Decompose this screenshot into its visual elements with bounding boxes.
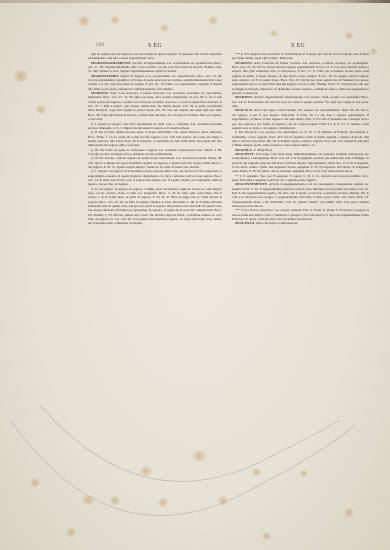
right-column: *** §. VII. Segreta d'un borbottio. T. d… [232,52,369,226]
running-head-right: S EG [291,43,305,49]
entry: SEGUENZA. Quel che segue, Continuazione. [232,221,369,225]
entry: SEGUACE. Add. Che segue. Chiara Reims. L… [232,108,369,130]
entry: ** §. Il seguente. Sust. per Il seguente… [232,174,369,183]
foxing-spot [30,478,40,487]
entry: *** §. VII. Segreta d'un borbottio. T. d… [232,52,369,61]
entry: SEGRETISSIMO. Superl. di Segreto. Lat. s… [88,74,222,91]
entry: SEGRETO. Avverb. Segretamente. Segretame… [232,95,369,108]
foxing-spot [158,498,168,507]
entry: §. I. Tenere il segreto, vale Non manife… [88,122,222,131]
foxing-spot [300,470,308,477]
entry: SEGRETO. Sust. Cosa nascosta, e tenuta n… [88,91,222,121]
foxing-spot [270,30,278,37]
foxing-spot [78,16,90,26]
entry: §. VI. Al segreto. In segreto. In segret… [88,187,222,226]
foxing-spot [160,24,169,32]
page-top-edge [0,0,390,3]
entry: §. V. Segreto vel segreto di notte Metic… [88,169,222,186]
foxing-spot [344,508,354,517]
entry: §. II. Per la Parte intima del suo santo… [88,130,222,147]
entry: §. III. Per Cella, ne quale si confessan… [88,148,222,157]
scanned-page: 200 S EG S EG egli in cagione del suo in… [0,0,390,550]
foxing-spot [345,32,353,39]
foxing-spot [14,70,28,82]
foxing-spot [140,466,152,476]
entry: §. IV. Per Arcano, o Modo segreto da poc… [88,156,222,169]
page-number: 200 [96,43,104,48]
running-head-left: S EG [148,43,162,49]
foxing-spot [66,528,76,537]
entry: SEGUENTEMENTE. Avverb. Conseguentemente.… [232,182,369,208]
entry: SEGUENTE. Che segue. Che viene dopo. Imm… [232,152,369,174]
foxing-spot [370,48,377,55]
foxing-spot [252,468,261,476]
foxing-spot [82,495,94,505]
entry: SEGRETO. Add. Contrario di Palese, Occul… [232,61,369,96]
foxing-spot [218,496,228,505]
entry: *** §. Per Poscia, Appresso. Lat. postea… [232,208,369,221]
foxing-spot [110,16,120,24]
foxing-spot [208,16,218,25]
left-column: egli in cagione del suo ingresso, nel su… [88,52,222,226]
foxing-spot [36,105,46,114]
entry: §. Per discepolo. Lat. sectator, Gr. ako… [232,130,369,147]
entry: egli in cagione del suo ingresso, nel su… [88,52,222,61]
entry: SEGRETISSIMAMENTE. Avverb. di Segretamen… [88,61,222,74]
foxing-spot [262,532,271,540]
foxing-spot [192,450,206,462]
foxing-spot [110,496,120,505]
